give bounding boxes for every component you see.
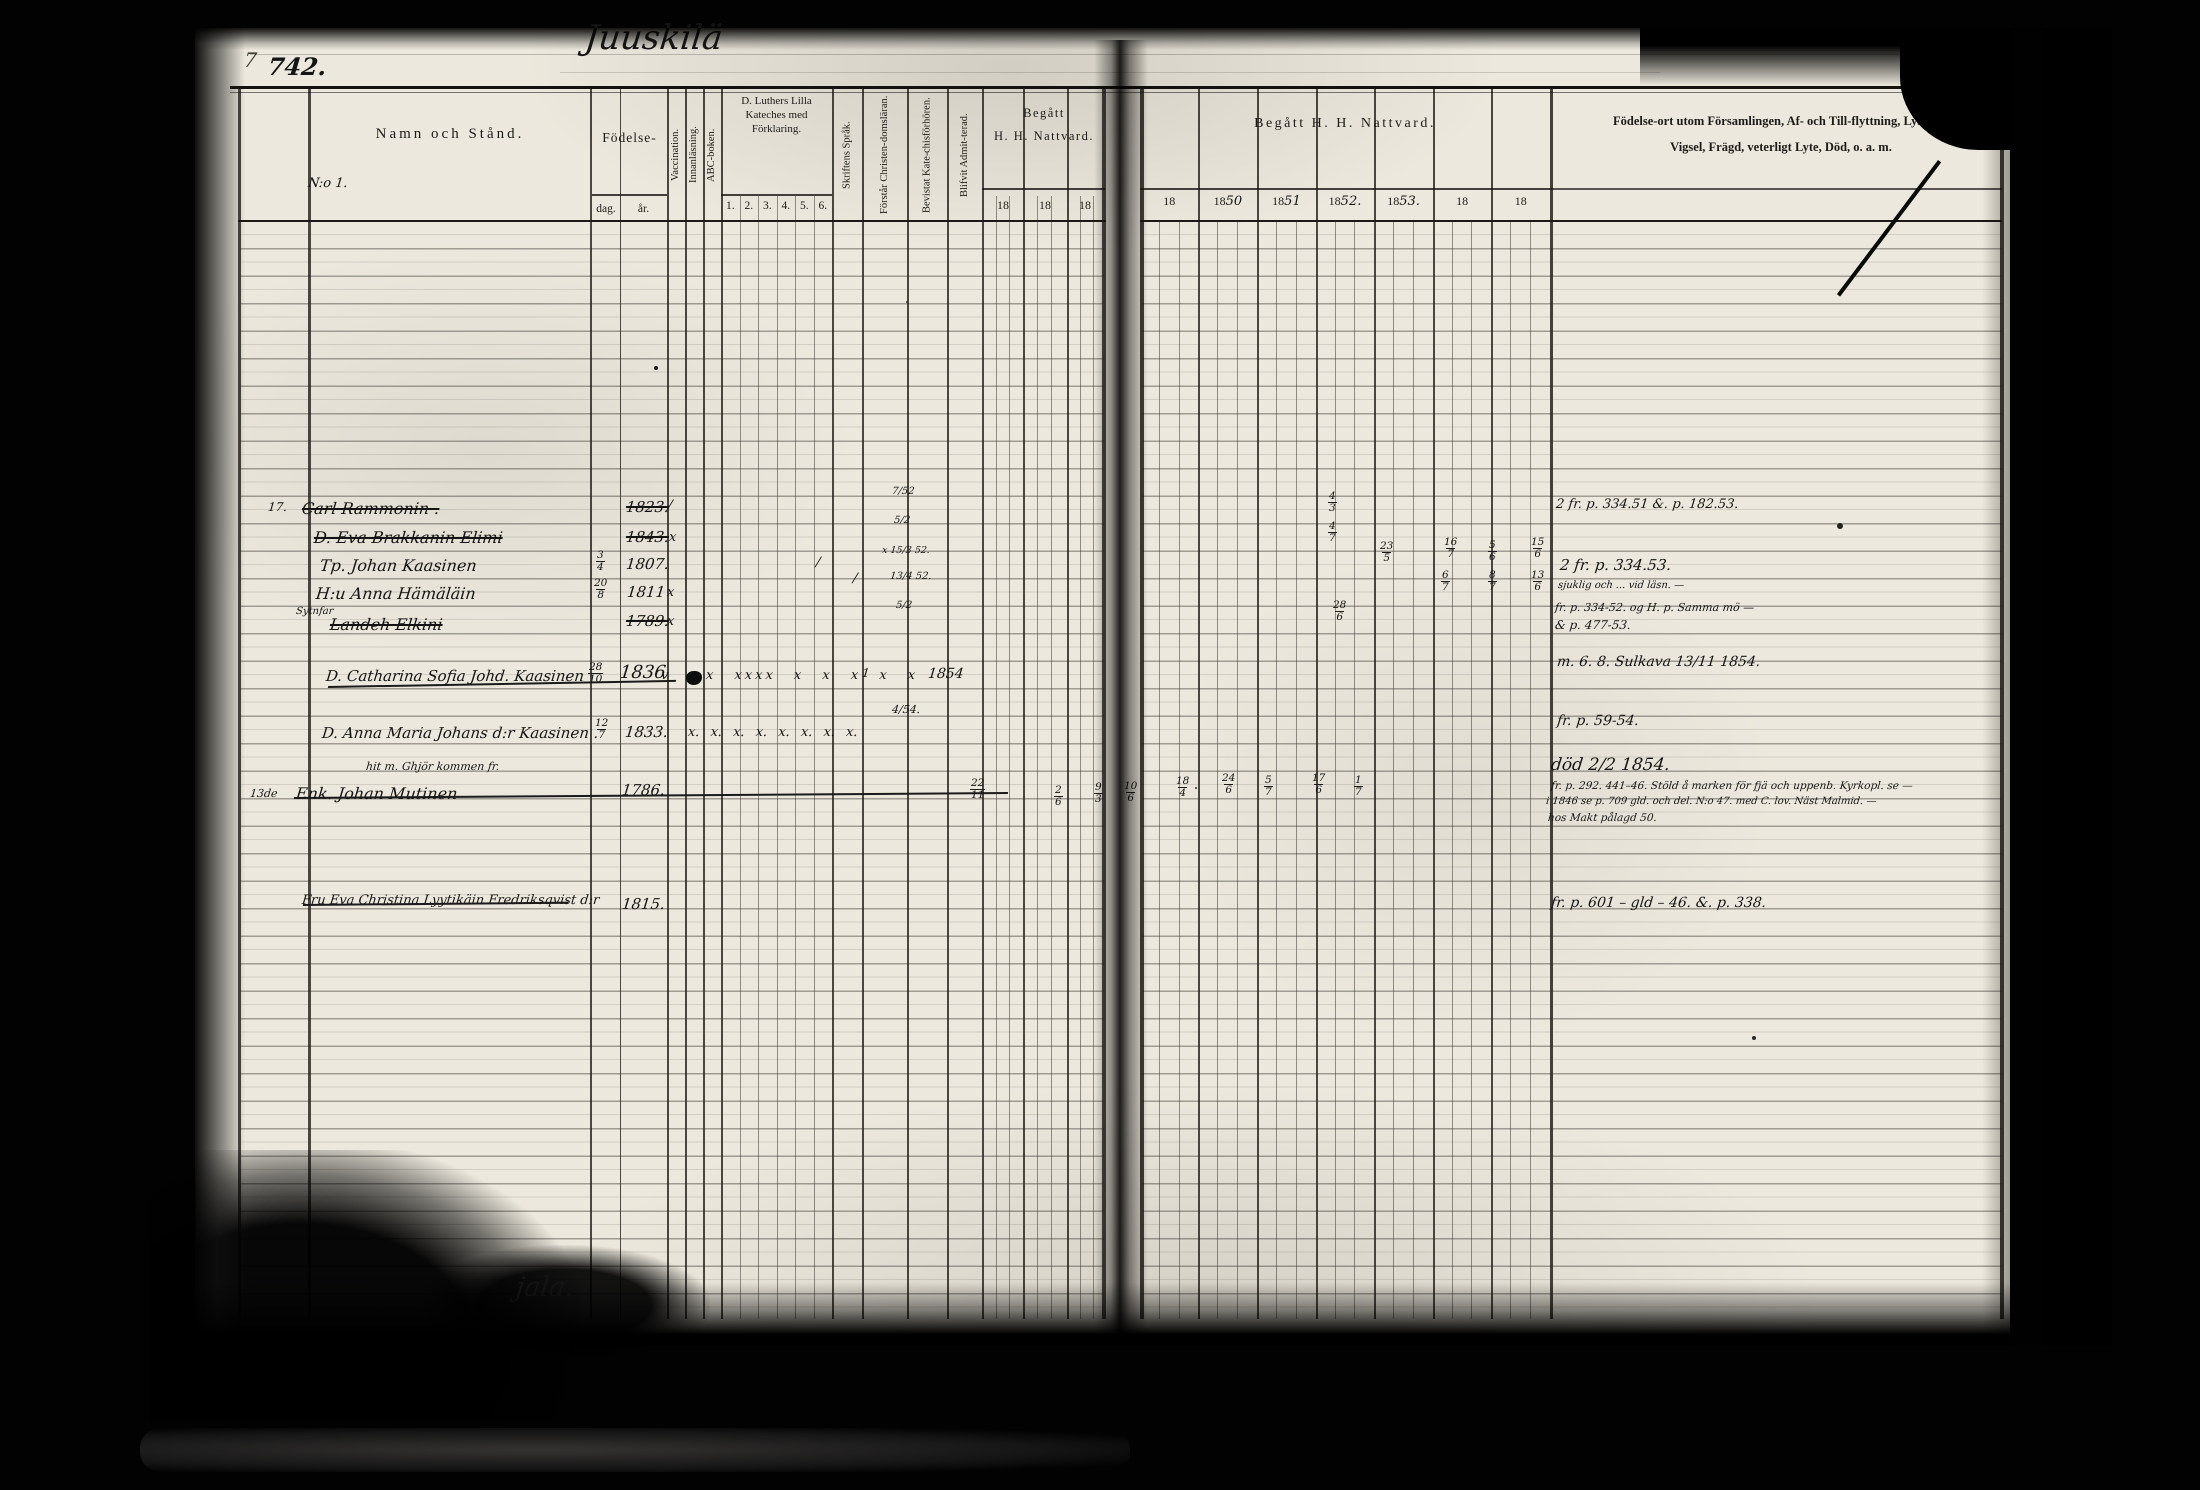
row1-name: Carl Rammonin . [301, 499, 440, 518]
row9-note-death: död 2/2 1854. [1550, 755, 1671, 775]
row9-note-4: hos Makt pålagd 50. [1547, 812, 1657, 824]
row5-above-note: Sytnfar [295, 606, 334, 617]
date-month: 8 [596, 589, 605, 601]
date-month: 3 [1328, 502, 1337, 514]
row3-examination-mark: x 15/3 52. [881, 545, 930, 556]
date-day: 4 [1329, 491, 1336, 502]
date-day: 5 [1265, 775, 1272, 786]
date-day: 20 [594, 578, 607, 589]
date-month: 6 [1335, 611, 1344, 623]
row2-name: D. Eva Brakkanin Elimi [313, 528, 504, 547]
row5-vaccination-mark: x [666, 614, 675, 629]
row9-name: Enk. Johan Mutinen [295, 784, 458, 803]
left-year-col-2: 18 [1024, 198, 1066, 213]
communion-date-mark: 176 [1312, 773, 1325, 795]
date-month: 7 [1488, 581, 1497, 593]
date-month: 7 [1328, 532, 1337, 544]
year-handwritten: 51 [1284, 194, 1301, 209]
left-communion-line1: Begått [1023, 106, 1065, 120]
communion-date-mark: 47 [1328, 521, 1337, 543]
luther-number-row: 1. 2. 3. 4. 5. 6. [721, 200, 832, 212]
date-month: 6 [1488, 551, 1497, 563]
row10-birth-year: 1815. [621, 895, 666, 913]
right-year-col-5: 1853. [1374, 194, 1433, 209]
left-edge-shadow [195, 28, 245, 1345]
admitted-line1: Blifvit Admit- [959, 137, 970, 197]
year-printed: 18 [1515, 194, 1527, 208]
row3-birth-year: 1807. [625, 555, 670, 573]
row2-examination-mark: 5/2 [893, 515, 910, 526]
luther-col-3: 3. [763, 200, 772, 212]
ink-specks [654, 366, 658, 370]
left-communion-header: Begått H. H. Nattvard. [984, 102, 1104, 147]
date-month: 7 [1354, 786, 1363, 798]
date-month: 7 [1441, 581, 1450, 593]
attended-line2: chisförhören. [922, 97, 933, 153]
year-printed: 18 [1214, 194, 1226, 208]
date-day: 16 [1444, 537, 1457, 548]
right-edge-shadow [1982, 28, 2112, 1345]
row6-admitted-year: 1854 [927, 666, 964, 682]
column-header-abc-book: ABC-boken. [702, 92, 721, 218]
row4-examination-mark: 13/4 52. [889, 571, 932, 582]
right-year-col-2: 1850 [1199, 194, 1258, 209]
row7-margin-date: 4/54. [891, 703, 921, 716]
right-communion-header: Begått H. H. Nattvard. [1140, 116, 1550, 132]
date-day: 2 [1055, 785, 1062, 796]
communion-date-mark: 67 [1441, 570, 1450, 592]
row5-birth-year: 1789. [625, 612, 670, 630]
date-day: 28 [589, 662, 602, 673]
notes-header-line1: Födelse-ort utom Församlingen, Af- och T… [1613, 114, 1949, 128]
row6-note: m. 6. 8. Sulkava 13/11 1854. [1556, 654, 1761, 670]
row1-examination-mark: 7/52 [891, 486, 915, 497]
row4-name: H:u Anna Hämäläin [315, 584, 477, 603]
communion-date-mark: 136 [1531, 570, 1544, 592]
date-month: 4 [596, 561, 605, 573]
column-header-reading: Innanläsning. [684, 92, 703, 218]
column-header-script-language: Skriftens Språk. [833, 92, 861, 218]
right-year-row: 18 1850 1851 1852. 1853. 18 18 [1140, 194, 1550, 209]
date-month: 6 [1533, 581, 1542, 593]
year-handwritten: 52. [1341, 194, 1362, 209]
right-year-col-4: 1852. [1316, 194, 1375, 209]
row9-margin-note: 13de [249, 787, 278, 800]
communion-date-mark: 167 [1444, 537, 1457, 559]
luther-col-2: 2. [744, 200, 753, 212]
date-month: 6 [1054, 796, 1063, 808]
row10-name: Fru Eva Christina Lyytikäin Fredriksqvis… [301, 893, 600, 908]
date-month: 5 [1382, 552, 1391, 564]
row4-birth-year: 1811 [626, 583, 666, 601]
date-month: 11 [970, 789, 985, 801]
understands-line2: domsläran. [879, 96, 890, 142]
left-communion-subheader-line [982, 188, 1105, 190]
column-header-birth-year: år. [620, 203, 667, 215]
left-header-bottom-border [238, 220, 1106, 222]
right-year-col-7: 18 [1491, 194, 1550, 209]
date-day: 3 [597, 550, 604, 561]
column-header-admitted: Blifvit Admit- terad. [948, 92, 981, 218]
notes-subheader-line [1550, 188, 2002, 190]
communion-date-mark: 156 [1531, 537, 1544, 559]
luther-col-5: 5. [800, 200, 809, 212]
luther-col-4: 4. [781, 200, 790, 212]
luther-col-6: 6. [818, 200, 827, 212]
date-day: 18 [1176, 776, 1189, 787]
year-printed: 18 [1163, 194, 1175, 208]
row5-note-2: & p. 477-53. [1554, 618, 1631, 632]
date-month: 6 [1314, 784, 1323, 796]
column-header-abc-book-label: ABC-boken. [706, 128, 717, 181]
communion-date-mark: 246 [1222, 773, 1235, 795]
row1-note: 2 fr. p. 334.51 &. p. 182.53. [1555, 497, 1739, 512]
communion-date-mark: 57 [1264, 775, 1273, 797]
communion-date-mark: 235 [1380, 541, 1393, 563]
right-year-col-6: 18 [1433, 194, 1492, 209]
column-header-understands-doctrine: Förstår Christen- domsläran. [863, 92, 906, 218]
column-header-reading-label: Innanläsning. [688, 127, 699, 184]
column-header-script-language-label: Skriftens Språk. [842, 121, 853, 189]
row9-note-3: i 1846 se p. 709 gld. och del. N:o 47. m… [1545, 796, 1876, 807]
row2-vaccination-mark: x [668, 530, 677, 545]
communion-date-mark: 87 [1488, 570, 1497, 592]
row4-note: sjuklig och ... vid läsn. — [1557, 580, 1684, 591]
birth-subheader-line [592, 194, 667, 196]
page-number: 742. [266, 52, 328, 81]
microfilm-scan: Namn och Stånd. Födelse- dag. år. Vaccin… [0, 0, 2200, 1490]
date-day: 15 [1531, 537, 1544, 548]
date-day: 28 [1333, 600, 1346, 611]
right-header-bottom-border [1140, 220, 2002, 222]
bottom-edge-shadow [195, 1282, 2010, 1346]
right-year-col-1: 18 [1140, 194, 1199, 209]
column-header-attended-examination: Bevistat Kate- chisförhören. [908, 92, 946, 218]
communion-date-mark: 56 [1488, 540, 1497, 562]
row1-margin-note: 17. [267, 500, 288, 514]
stray-digit: 7 [243, 48, 258, 72]
attended-line1: Bevistat Kate- [922, 153, 933, 213]
row-number-label: N:o 1. [307, 176, 348, 191]
row8-interline-note: hit m. Ghjör kommen fr. [365, 760, 500, 773]
notes-header-line2: Vigsel, Frägd, veterligt Lyte, Död, o. a… [1670, 140, 1892, 154]
communion-date-mark: 2211 [970, 778, 985, 800]
row7-catechism-marks: x. x. x. x. x. x. x. x. [687, 725, 858, 740]
date-day: 24 [1222, 773, 1235, 784]
row6-catechism-marks: x xxxx x x x x x [705, 668, 919, 683]
left-communion-line2: H. H. Nattvard. [994, 129, 1094, 143]
communion-date-mark: 43 [1328, 491, 1337, 513]
column-header-birth-day: dag. [592, 203, 620, 215]
row6-extra-mark: 1 [861, 666, 870, 680]
date-month: 7 [1446, 548, 1455, 560]
luther-col-1: 1. [726, 200, 735, 212]
date-month: 7 [1264, 786, 1273, 798]
row3-birth-day: 3 4 [596, 550, 605, 572]
column-header-birth: Födelse- [592, 130, 667, 146]
communion-date-mark: 286 [1333, 600, 1346, 622]
row3-note: 2 fr. p. 334.53. [1559, 556, 1672, 574]
date-month: 4 [1178, 787, 1187, 799]
row7-birth-year: 1833. [624, 723, 669, 741]
communion-date-mark: 26 [1054, 785, 1063, 807]
row4-birth-day: 20 8 [594, 578, 607, 600]
date-day: 5 [1489, 540, 1496, 551]
luther-subheader-line [721, 194, 832, 196]
year-printed: 18 [1272, 194, 1284, 208]
year-handwritten: 50 [1226, 194, 1243, 209]
date-month: 6 [1533, 548, 1542, 560]
communion-date-mark: 17 [1354, 775, 1363, 797]
page-fold-shadow [1094, 40, 1148, 1345]
date-day: 6 [1442, 570, 1449, 581]
date-month: 6 [1224, 784, 1233, 796]
column-header-luther: D. Luthers Lilla Kateches med Förklaring… [722, 95, 831, 136]
row5-note: fr. p. 334-52. og H. p. Samma mö — [1554, 601, 1755, 614]
column-header-vaccination-label: Vaccination. [670, 129, 681, 181]
row10-note: fr. p. 601 – gld – 46. &. p. 338. [1550, 895, 1767, 911]
row2-birth-year: 1843. [625, 528, 670, 546]
year-printed: 18 [1387, 194, 1399, 208]
date-month: 7 [597, 729, 606, 741]
date-day: 12 [595, 718, 608, 729]
date-day: 23 [1380, 541, 1393, 552]
right-year-col-3: 1851 [1257, 194, 1316, 209]
date-day: 22 [971, 778, 984, 789]
date-day: 4 [1329, 521, 1336, 532]
column-header-name: Namn och Stånd. [310, 126, 590, 143]
year-printed: 18 [1329, 194, 1341, 208]
row7-name: D. Anna Maria Johans d:r Kaasinen . [321, 724, 599, 742]
left-year-col-1: 18 [986, 198, 1020, 213]
date-day: 17 [1312, 773, 1325, 784]
understands-line1: Förstår Christen- [879, 142, 890, 213]
row7-note: fr. p. 59-54. [1556, 713, 1640, 729]
admitted-line2: terad. [959, 113, 970, 137]
year-handwritten: 53. [1399, 194, 1420, 209]
row5-name: Landeh Elkini [329, 615, 444, 634]
communion-date-mark: 184 [1176, 776, 1189, 798]
year-printed: 18 [1456, 194, 1468, 208]
date-day: 13 [1531, 570, 1544, 581]
row4-vaccination-mark: x [666, 585, 675, 600]
date-day: 8 [1489, 570, 1496, 581]
row9-birth-year: 1786. [621, 781, 666, 799]
column-header-vaccination: Vaccination. [666, 92, 685, 218]
row1-birth-year: 1823. [625, 498, 670, 516]
row7-birth-day: 12 7 [595, 718, 608, 740]
row5-examination-mark: 5/2 [895, 600, 912, 611]
right-communion-subheader-line [1140, 188, 1550, 190]
date-day: 1 [1355, 775, 1362, 786]
row3-name: Tp. Johan Kaasinen [319, 556, 478, 575]
bottom-film-remnant [140, 1428, 1130, 1472]
row9-note-2: fr. p. 292. 441–46. Stöld å marken för f… [1550, 780, 1913, 792]
